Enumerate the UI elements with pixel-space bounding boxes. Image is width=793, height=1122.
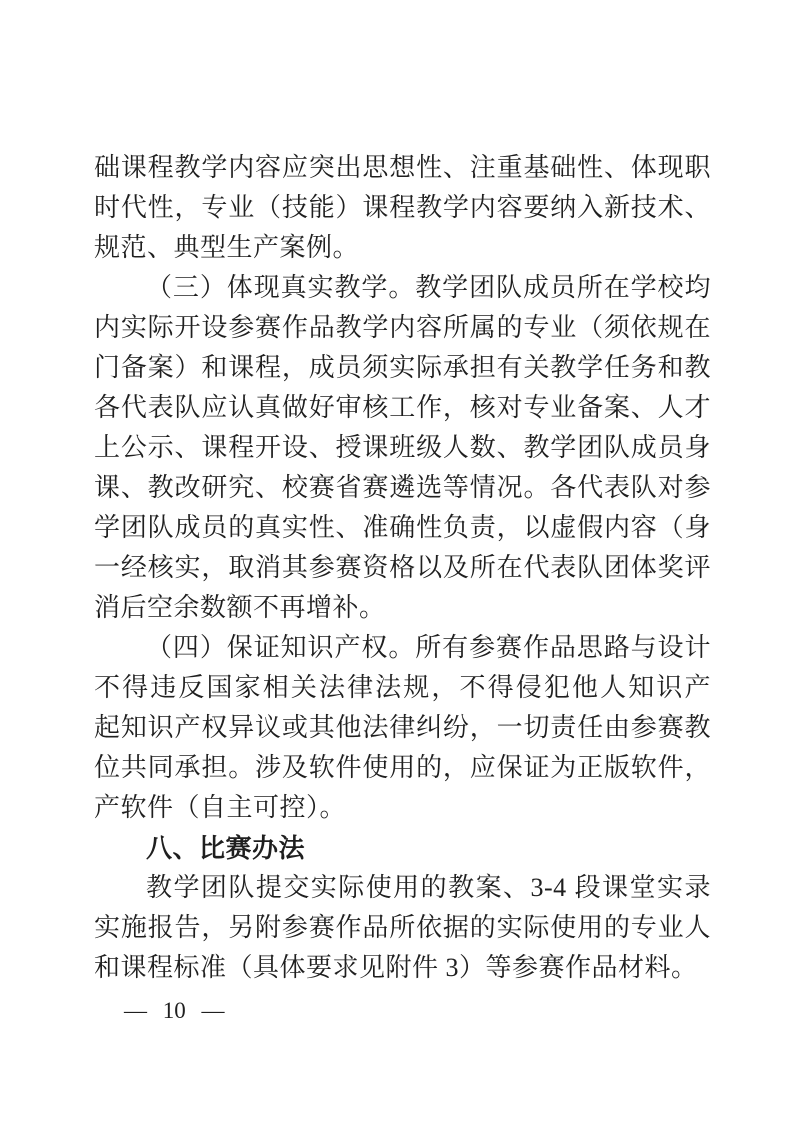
text-line: 各代表队应认真做好审核工作，核对专业备案、人才培养方案网 [94, 388, 711, 428]
text-line: 教学团队提交实际使用的教案、3-4 段课堂实录视频、教学 [94, 868, 711, 908]
page-number: — 10 — [124, 996, 225, 1026]
text-line: 八、比赛办法 [94, 828, 711, 868]
text-line: 一经核实，取消其参赛资格以及所在代表队团体奖评奖资格，取 [94, 548, 711, 588]
text-line: 和课程标准（具体要求见附件 3）等参赛作品材料。 [94, 948, 711, 988]
text-line: （三）体现真实教学。教学团队成员所在学校均须在近 2 年 [94, 268, 711, 308]
document-page: 础课程教学内容应突出思想性、注重基础性、体现职业性、反映时代性，专业（技能）课程… [0, 0, 793, 1122]
text-line: 学团队成员的真实性、准确性负责，以虚假内容（身份）参赛的， [94, 508, 711, 548]
text-line: 门备案）和课程，成员须实际承担有关教学任务和教学改革研究。 [94, 348, 711, 388]
text-line: （四）保证知识产权。所有参赛作品思路与设计均应为原创， [94, 628, 711, 668]
text-line: 不得违反国家相关法律法规，不得侵犯他人知识产权，作品如引 [94, 668, 711, 708]
text-line: 础课程教学内容应突出思想性、注重基础性、体现职业性、反映 [94, 148, 711, 188]
text-line: 消后空余数额不再增补。 [94, 588, 711, 628]
text-line: 时代性，专业（技能）课程教学内容要纳入新技术、新工艺、新 [94, 188, 711, 228]
text-line: 产软件（自主可控）。 [94, 788, 711, 828]
text-block: 础课程教学内容应突出思想性、注重基础性、体现职业性、反映时代性，专业（技能）课程… [94, 148, 711, 988]
text-line: 上公示、课程开设、授课班级人数、教学团队成员身份、实际授 [94, 428, 711, 468]
text-line: 起知识产权异议或其他法律纠纷，一切责任由参赛教师及推荐单 [94, 708, 711, 748]
text-line: 内实际开设参赛作品教学内容所属的专业（须依规在教育行政部 [94, 308, 711, 348]
text-line: 课、教改研究、校赛省赛遴选等情况。各代表队对参赛作品及教 [94, 468, 711, 508]
text-line: 实施报告，另附参赛作品所依据的实际使用的专业人才培养方案 [94, 908, 711, 948]
text-line: 位共同承担。涉及软件使用的，应保证为正版软件，鼓励使用国 [94, 748, 711, 788]
text-line: 规范、典型生产案例。 [94, 228, 711, 268]
